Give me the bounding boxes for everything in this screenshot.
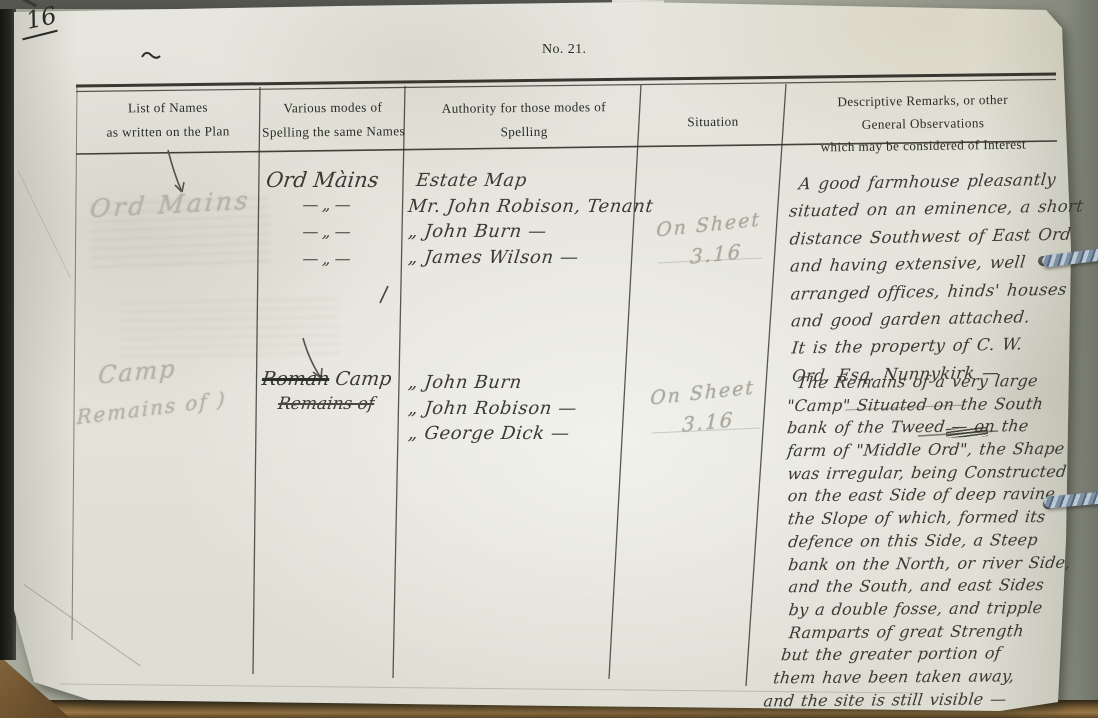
remark-line: bank on the North, or river Side, [787, 552, 1072, 577]
authority-entry: „ John Robison — [406, 398, 578, 424]
spelling-entry-roman-camp: Roman Camp [261, 368, 393, 390]
struck-word: Roman [261, 368, 331, 390]
spelling-entry: Ord Màins [264, 168, 380, 195]
scribble-strikeout [946, 427, 988, 438]
authority-entry: „ James Wilson — [406, 247, 654, 273]
remark-line: "Camp" Situated on the South [786, 393, 1071, 418]
column-header-authority: Authority for those modes of Spelling [408, 95, 640, 145]
ditto-mark: —„— [264, 195, 380, 222]
remark-line: the Slope of which, formed its [787, 507, 1072, 532]
authority-entry: Mr. John Robison, Tenant [406, 196, 654, 222]
remark-line: was irregular, being Constructed [786, 462, 1071, 487]
doc-number: No. 21. [542, 42, 586, 58]
authority-entries: „ John Burn „ John Robison — „ George Di… [408, 372, 577, 449]
spelling-entries: Ord Màins —„— —„— —„— [266, 168, 378, 276]
scanned-document-photo: No. 21. List of Names as written on the … [0, 0, 1098, 718]
remark-line: bank of the Tweed — on the [786, 416, 1071, 441]
spelling-entry-remains-of: Remains of [277, 394, 376, 414]
header-line: which may be considered of Interest [790, 133, 1056, 159]
authority-entries: Estate Map Mr. John Robison, Tenant „ Jo… [408, 170, 653, 272]
column-header-names: List of Names as written on the Plan [78, 95, 258, 145]
remark-line: Ramparts of great Strength [788, 620, 1073, 645]
column-header-remarks: Descriptive Remarks, or other General Ob… [790, 88, 1057, 159]
remark-line: but the greater portion of [780, 643, 1073, 668]
remarks-camp: The Remains of a very large "Camp" Situa… [787, 371, 1072, 714]
ditto-mark: —„— [264, 222, 380, 249]
header-line: Various modes of [262, 95, 404, 120]
remark-line: The Remains of a very large [785, 371, 1070, 396]
kept-word: Camp [334, 368, 393, 390]
struck-phrase: Remains of [277, 394, 376, 414]
authority-entry: Estate Map [406, 170, 654, 196]
remark-line: farm of "Middle Ord", the Shape [786, 439, 1071, 464]
header-line: List of Names [78, 95, 258, 121]
header-line: Spelling the same Names [262, 119, 404, 144]
header-line: Situation [642, 109, 784, 134]
header-line: Authority for those modes of [408, 95, 640, 121]
header-line: Spelling [408, 119, 640, 145]
remarks-ord-mains: A good farmhouse pleasantly situated on … [788, 169, 1086, 393]
authority-entry: „ John Burn [406, 372, 578, 398]
remark-line: on the east Side of deep ravine [786, 484, 1071, 509]
ditto-mark: —„— [264, 249, 380, 276]
squiggle-mark-icon [142, 53, 160, 58]
remark-line: and the South, and east Sides [787, 575, 1072, 600]
remark-line: by a double fosse, and tripple [787, 598, 1072, 623]
column-header-spelling: Various modes of Spelling the same Names [262, 95, 404, 144]
authority-entry: „ George Dick — [406, 423, 578, 449]
remark-line: and the site is still visible — [762, 688, 1073, 713]
checkmark-icon [380, 286, 388, 303]
authority-entry: „ John Burn — [406, 221, 654, 247]
header-line: as written on the Plan [78, 119, 258, 145]
remark-line: them have been taken away, [772, 666, 1073, 691]
remark-line: defence on this Side, a Steep [787, 530, 1072, 555]
column-header-situation: Situation [642, 109, 784, 134]
